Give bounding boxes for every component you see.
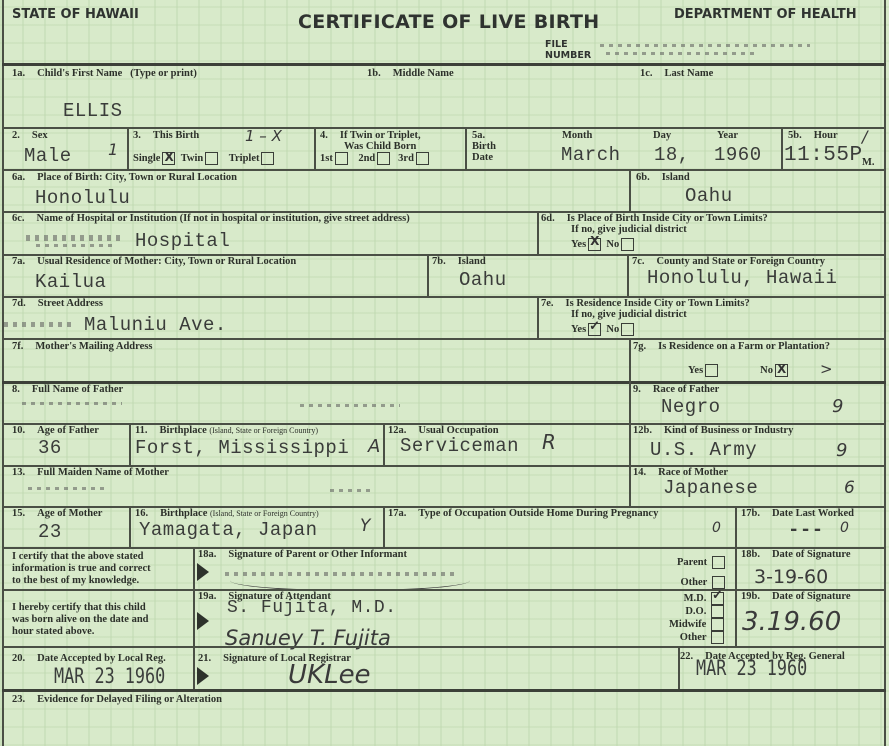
state-label: STATE OF HAWAII [12,7,139,22]
father-age: 36 [38,437,62,459]
label-8: 8.Full Name of Father [12,384,123,395]
other-attendant-checkbox[interactable] [711,631,724,644]
right-border [884,0,886,746]
divider [2,338,632,340]
label-20: 20.Date Accepted by Local Reg. [12,653,166,664]
divider [629,338,631,382]
first-born-checkbox[interactable] [335,152,348,165]
father-name-redacted-2 [300,404,400,407]
single-checkbox[interactable] [162,152,175,165]
third-born-checkbox[interactable] [416,152,429,165]
child-first-name: ELLIS [63,100,123,122]
mother-maiden-name-redacted-2 [330,489,370,492]
father-occupation-code-mark: R [542,430,556,454]
divider [383,506,385,547]
sex-value: Male [24,145,72,167]
label-7g: 7g.Is Residence on a Farm or Plantation? [633,341,830,352]
farm-code-mark: > [820,360,833,378]
divider [629,381,631,506]
label-6b: 6b.Island [636,172,690,183]
label-month: Month [562,130,592,141]
father-industry-code-mark: 9 [836,440,847,461]
divider [2,689,886,692]
attendant-certification-text: I hereby certify that this child was bor… [12,602,149,638]
mother-residence-island: Oahu [459,269,507,291]
label-23: 23.Evidence for Delayed Filing or Altera… [12,694,222,705]
street-number-redacted [4,322,76,327]
do-checkbox[interactable] [711,605,724,618]
mother-race-code-mark: 6 [844,478,855,498]
mother-race: Japanese [663,477,758,499]
birth-hour: 11:55P [784,144,863,167]
divider [193,547,195,689]
birth-inside-city-yes-checkbox[interactable] [588,238,601,251]
label-17b: 17b.Date Last Worked [741,508,854,519]
label-year: Year [717,130,738,141]
father-occupation: Serviceman [400,435,519,457]
label-7a: 7a.Usual Residence of Mother: City, Town… [12,256,296,267]
divider [2,296,886,298]
divider [630,338,886,340]
divider [781,127,783,169]
label-17a: 17a.Type of Occupation Outside Home Duri… [388,508,658,519]
label-day: Day [653,130,671,141]
second-born-checkbox[interactable] [377,152,390,165]
mother-maiden-name-redacted [28,487,108,490]
label-1c: 1c.Last Name [640,68,713,79]
divider [537,296,539,338]
file-number-redacted [600,44,810,47]
father-race: Negro [661,396,721,418]
this-birth-code-mark: 1 – X [245,127,282,145]
label-9: 9.Race of Father [633,384,719,395]
informant-certification-text: I certify that the above stated informat… [12,551,151,587]
farm-options: Yes No [688,364,788,377]
midwife-checkbox[interactable] [711,618,724,631]
label-18a: 18a.Signature of Parent or Other Informa… [198,549,407,560]
divider [627,254,629,296]
attendant-signature-date: 3.19.60 [742,607,841,637]
father-industry: U.S. Army [650,439,757,461]
label-10: 10.Age of Father [12,425,99,436]
mother-birthplace-code-mark: Y [360,516,370,536]
birth-type-options: Single Twin Triplet [133,152,274,165]
label-this-birth: 3.This Birth [133,130,199,141]
mother-age: 23 [38,521,62,543]
label-7e: 7e.Is Residence Inside City or Town Limi… [541,298,750,336]
label-13: 13.Full Maiden Name of Mother [12,467,169,478]
hospital-name: Hospital [135,230,230,252]
file-number-label: FILE NUMBER [545,39,591,61]
father-name-redacted [22,402,122,405]
label-6a: 6a.Place of Birth: City, Town or Rural L… [12,172,237,183]
date-last-worked: --- [788,519,824,541]
divider [2,63,886,66]
label-6c: 6c.Name of Hospital or Institution (If n… [12,213,410,224]
mother-residence-county: Honolulu, Hawaii [647,267,837,289]
signature-arrow-icon [197,563,209,581]
birth-year: 1960 [714,144,762,166]
birth-island: Oahu [685,185,733,207]
label-16: 16.Birthplace (Island, State or Foreign … [135,508,319,519]
label-7d: 7d.Street Address [12,298,103,309]
divider [383,423,385,465]
label-sex: 2.Sex [12,130,48,141]
divider [2,169,886,171]
attendant-type-options: M.D. D.O. Midwife Other [669,592,724,644]
birth-city: Honolulu [35,187,130,209]
label-11: 11.Birthplace (Island, State or Foreign … [135,425,318,436]
mother-occupation-code-mark: 0 [712,520,721,536]
mother-street-address: Maluniu Ave. [84,314,227,336]
left-border [2,0,4,746]
divider [129,506,131,547]
divider [2,646,682,648]
label-19b: 19b.Date of Signature [741,591,851,602]
divider [537,211,539,254]
informant-signature-date: 3-19-60 [754,566,828,588]
local-registrar-signature[interactable]: UKLee [288,660,371,690]
divider [735,506,737,646]
label-1b: 1b.Middle Name [367,68,454,79]
hospital-name-redacted-2 [36,244,116,247]
divider [314,127,316,169]
mother-residence-city: Kailua [35,271,106,293]
sex-code-mark: 1 [108,140,118,159]
residence-inside-city-no-checkbox[interactable] [621,323,634,336]
signature-arrow-icon [197,612,209,630]
label-12b: 12b.Kind of Business or Industry [633,425,793,436]
divider [680,646,886,648]
local-registrar-acceptance-date-stamp: MAR 23 1960 [54,664,165,688]
label-7b: 7b.Island [432,256,486,267]
label-twin-order: 4.If Twin or Triplet, Was Child Born [320,130,421,152]
birth-month: March [561,144,621,166]
father-race-code-mark: 9 [832,396,843,417]
divider [427,254,429,296]
divider [2,381,886,384]
twin-order-options: 1st 2nd 3rd [320,152,429,165]
divider [629,169,631,211]
registrar-general-acceptance-date-stamp: MAR 23 1960 [696,656,807,680]
divider [2,127,886,129]
farm-no-checkbox[interactable] [775,364,788,377]
mother-birthplace: Yamagata, Japan [139,519,318,541]
farm-yes-checkbox[interactable] [705,364,718,377]
label-18b: 18b.Date of Signature [741,549,851,560]
parent-checkbox[interactable] [712,556,725,569]
birth-inside-city-no-checkbox[interactable] [621,238,634,251]
label-15: 15.Age of Mother [12,508,102,519]
divider [465,127,467,169]
triplet-checkbox[interactable] [261,152,274,165]
divider [129,423,131,465]
document-title: CERTIFICATE OF LIVE BIRTH [298,11,599,33]
file-number-redacted-2 [606,52,756,55]
informant-signature [230,570,470,591]
label-hour: 5b.Hour [788,130,838,141]
label-birth-date: 5a. Birth Date [472,130,496,163]
residence-inside-city-yes-checkbox[interactable] [588,323,601,336]
father-birthplace-code-mark: A [368,436,380,457]
label-7f: 7f.Mother's Mailing Address [12,341,152,352]
date-last-worked-code-mark: 0 [840,520,849,536]
birth-day: 18, [654,144,690,166]
twin-checkbox[interactable] [205,152,218,165]
label-6d: 6d.Is Place of Birth Inside City or Town… [541,213,768,251]
hospital-name-redacted [26,235,121,241]
father-birthplace: Forst, Mississippi [135,437,349,459]
hour-code-mark: / [862,127,867,146]
signature-arrow-icon [197,667,209,685]
department-label: DEPARTMENT OF HEALTH [674,7,857,22]
divider [127,127,129,169]
label-1a: 1a.Child's First Name (Type or print) [12,68,197,79]
md-checkbox[interactable] [711,592,724,605]
label-7c: 7c.County and State or Foreign Country [632,256,825,267]
attendant-name: S. Fujita, M.D. [227,598,397,618]
hour-suffix: M. [862,157,875,168]
